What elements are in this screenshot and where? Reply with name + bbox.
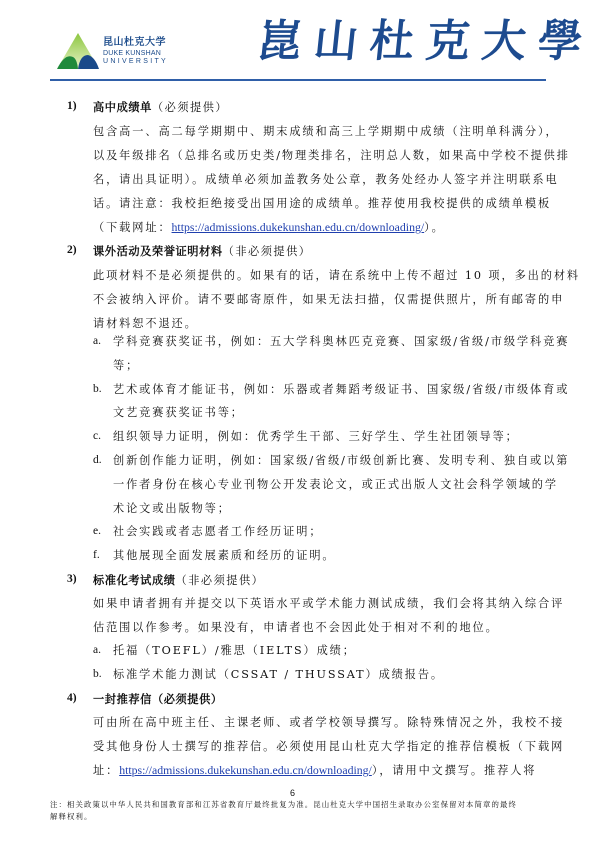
transcript-template-link[interactable]: https://admissions.dukekunshan.edu.cn/do…	[172, 220, 425, 234]
paragraph-line: 受其他身份人士撰写的推荐信。必须使用昆山杜克大学指定的推荐信模板（下载网	[93, 740, 564, 754]
download-line: （下载网址：https://admissions.dukekunshan.edu…	[93, 220, 445, 235]
section-number: 4)	[67, 692, 77, 704]
section-number: 3)	[67, 573, 77, 585]
list-item-line: 等；	[113, 359, 139, 373]
link-prefix: 址：	[93, 764, 119, 777]
list-item-label: a.	[93, 335, 101, 347]
paragraph-line: 名，请出具证明）。成绩单必须加盖教务处公章，教务处经办人签字并注明联系电	[93, 173, 559, 187]
section-number: 1)	[67, 100, 77, 112]
logo-name-en-1: DUKE KUNSHAN	[103, 50, 168, 57]
section-heading: 标准化考试成绩（非必须提供）	[93, 573, 264, 588]
list-item-label: c.	[93, 430, 101, 442]
section-heading: 课外活动及荣誉证明材料（非必须提供）	[93, 244, 312, 259]
recommendation-template-link[interactable]: https://admissions.dukekunshan.edu.cn/do…	[119, 763, 372, 777]
paragraph-line: 以及年级排名（总排名或历史类/物理类排名，注明总人数，如果高中学校不提供排	[93, 149, 570, 163]
header-divider	[50, 79, 546, 81]
section-title: 课外活动及荣誉证明材料	[93, 244, 223, 258]
list-item-label: a.	[93, 644, 101, 656]
logo-name-cn: 昆山杜克大学	[103, 38, 168, 48]
list-item-line: 艺术或体育才能证书，例如：乐器或者舞蹈考级证书、国家级/省级/市级体育或	[113, 383, 569, 397]
list-item-line: 标准学术能力测试（CSSAT / THUSSAT）成绩报告。	[113, 668, 444, 682]
list-item-label: d.	[93, 454, 102, 466]
list-item-label: f.	[93, 549, 100, 561]
section-heading: 高中成绩单（必须提供）	[93, 100, 228, 115]
page-header: 昆山杜克大学 DUKE KUNSHAN UNIVERSITY 崑山杜克大學	[0, 0, 595, 82]
list-item-line: 术论文或出版物等；	[113, 502, 231, 516]
paragraph-line: 请材料恕不退还。	[93, 317, 198, 331]
list-item-label: b.	[93, 383, 102, 395]
list-item-line: 托福（TOEFL）/雅思（IELTS）成绩；	[113, 644, 356, 658]
logo-wordmark: 昆山杜克大学 DUKE KUNSHAN UNIVERSITY	[103, 38, 168, 65]
logo-name-en-2: UNIVERSITY	[103, 58, 168, 65]
paragraph-line: 如果申请者拥有并提交以下英语水平或学术能力测试成绩，我们会将其纳入综合评	[93, 597, 564, 611]
list-item-line: 组织领导力证明，例如：优秀学生干部、三好学生、学生社团领导等；	[113, 430, 519, 444]
section-number: 2)	[67, 244, 77, 256]
page-number: 6	[290, 788, 295, 798]
section-note: （非必须提供）	[176, 574, 265, 587]
section-note: （非必须提供）	[223, 245, 312, 258]
paragraph-line: 包含高一、高二每学期期中、期末成绩和高三上学期期中成绩（注明单科满分），	[93, 125, 559, 139]
list-item-label: b.	[93, 668, 102, 680]
paragraph-line: 此项材料不是必须提供的。如果有的话，请在系统中上传不超过 10 项，多出的材料	[93, 269, 580, 283]
link-prefix: （下载网址：	[93, 221, 172, 234]
section-title: 标准化考试成绩	[93, 573, 176, 587]
link-suffix: ），请用中文撰写。推荐人将	[372, 764, 537, 777]
list-item-label: e.	[93, 525, 101, 537]
section-note: （必须提供）	[152, 101, 228, 114]
section-title: 高中成绩单	[93, 100, 152, 114]
paragraph-line: 可由所在高中班主任、主课老师、或者学校领导撰写。除特殊情况之外，我校不接	[93, 716, 564, 730]
list-item-line: 文艺竞赛获奖证书等；	[113, 406, 244, 420]
paragraph-line: 不会被纳入评价。请不要邮寄原件，如果无法扫描，仅需提供照片，所有邮寄的申	[93, 293, 564, 307]
section-title: 一封推荐信（必须提供）	[93, 692, 223, 706]
paragraph-line: 话。请注意：我校拒绝接受出国用途的成绩单。推荐使用我校提供的成绩单模板	[93, 197, 551, 211]
list-item-line: 社会实践或者志愿者工作经历证明；	[113, 525, 322, 539]
list-item-line: 其他展现全面发展素质和经历的证明。	[113, 549, 336, 563]
list-item-line: 学科竞赛获奖证书，例如：五大学科奥林匹克竞赛、国家级/省级/市级学科竞赛	[113, 335, 569, 349]
list-item-line: 一作者身份在核心专业刊物公开发表论文，或正式出版人文社会科学领域的学	[113, 478, 558, 492]
download-line: 址：https://admissions.dukekunshan.edu.cn/…	[93, 763, 536, 778]
link-suffix: ）。	[424, 221, 445, 234]
paragraph-line: 估范围以作参考。如果没有，申请者也不会因此处于相对不利的地位。	[93, 621, 499, 635]
section-heading: 一封推荐信（必须提供）	[93, 692, 223, 707]
calligraphy-title: 崑山杜克大學	[256, 20, 595, 64]
footnote: 注：相关政策以中华人民共和国教育部和江苏省教育厅最终批复为准。昆山杜克大学中国招…	[50, 799, 520, 823]
list-item-line: 创新创作能力证明，例如：国家级/省级/市级创新比赛、发明专利、独自或以第	[113, 454, 569, 468]
dku-logo-icon	[55, 31, 101, 71]
